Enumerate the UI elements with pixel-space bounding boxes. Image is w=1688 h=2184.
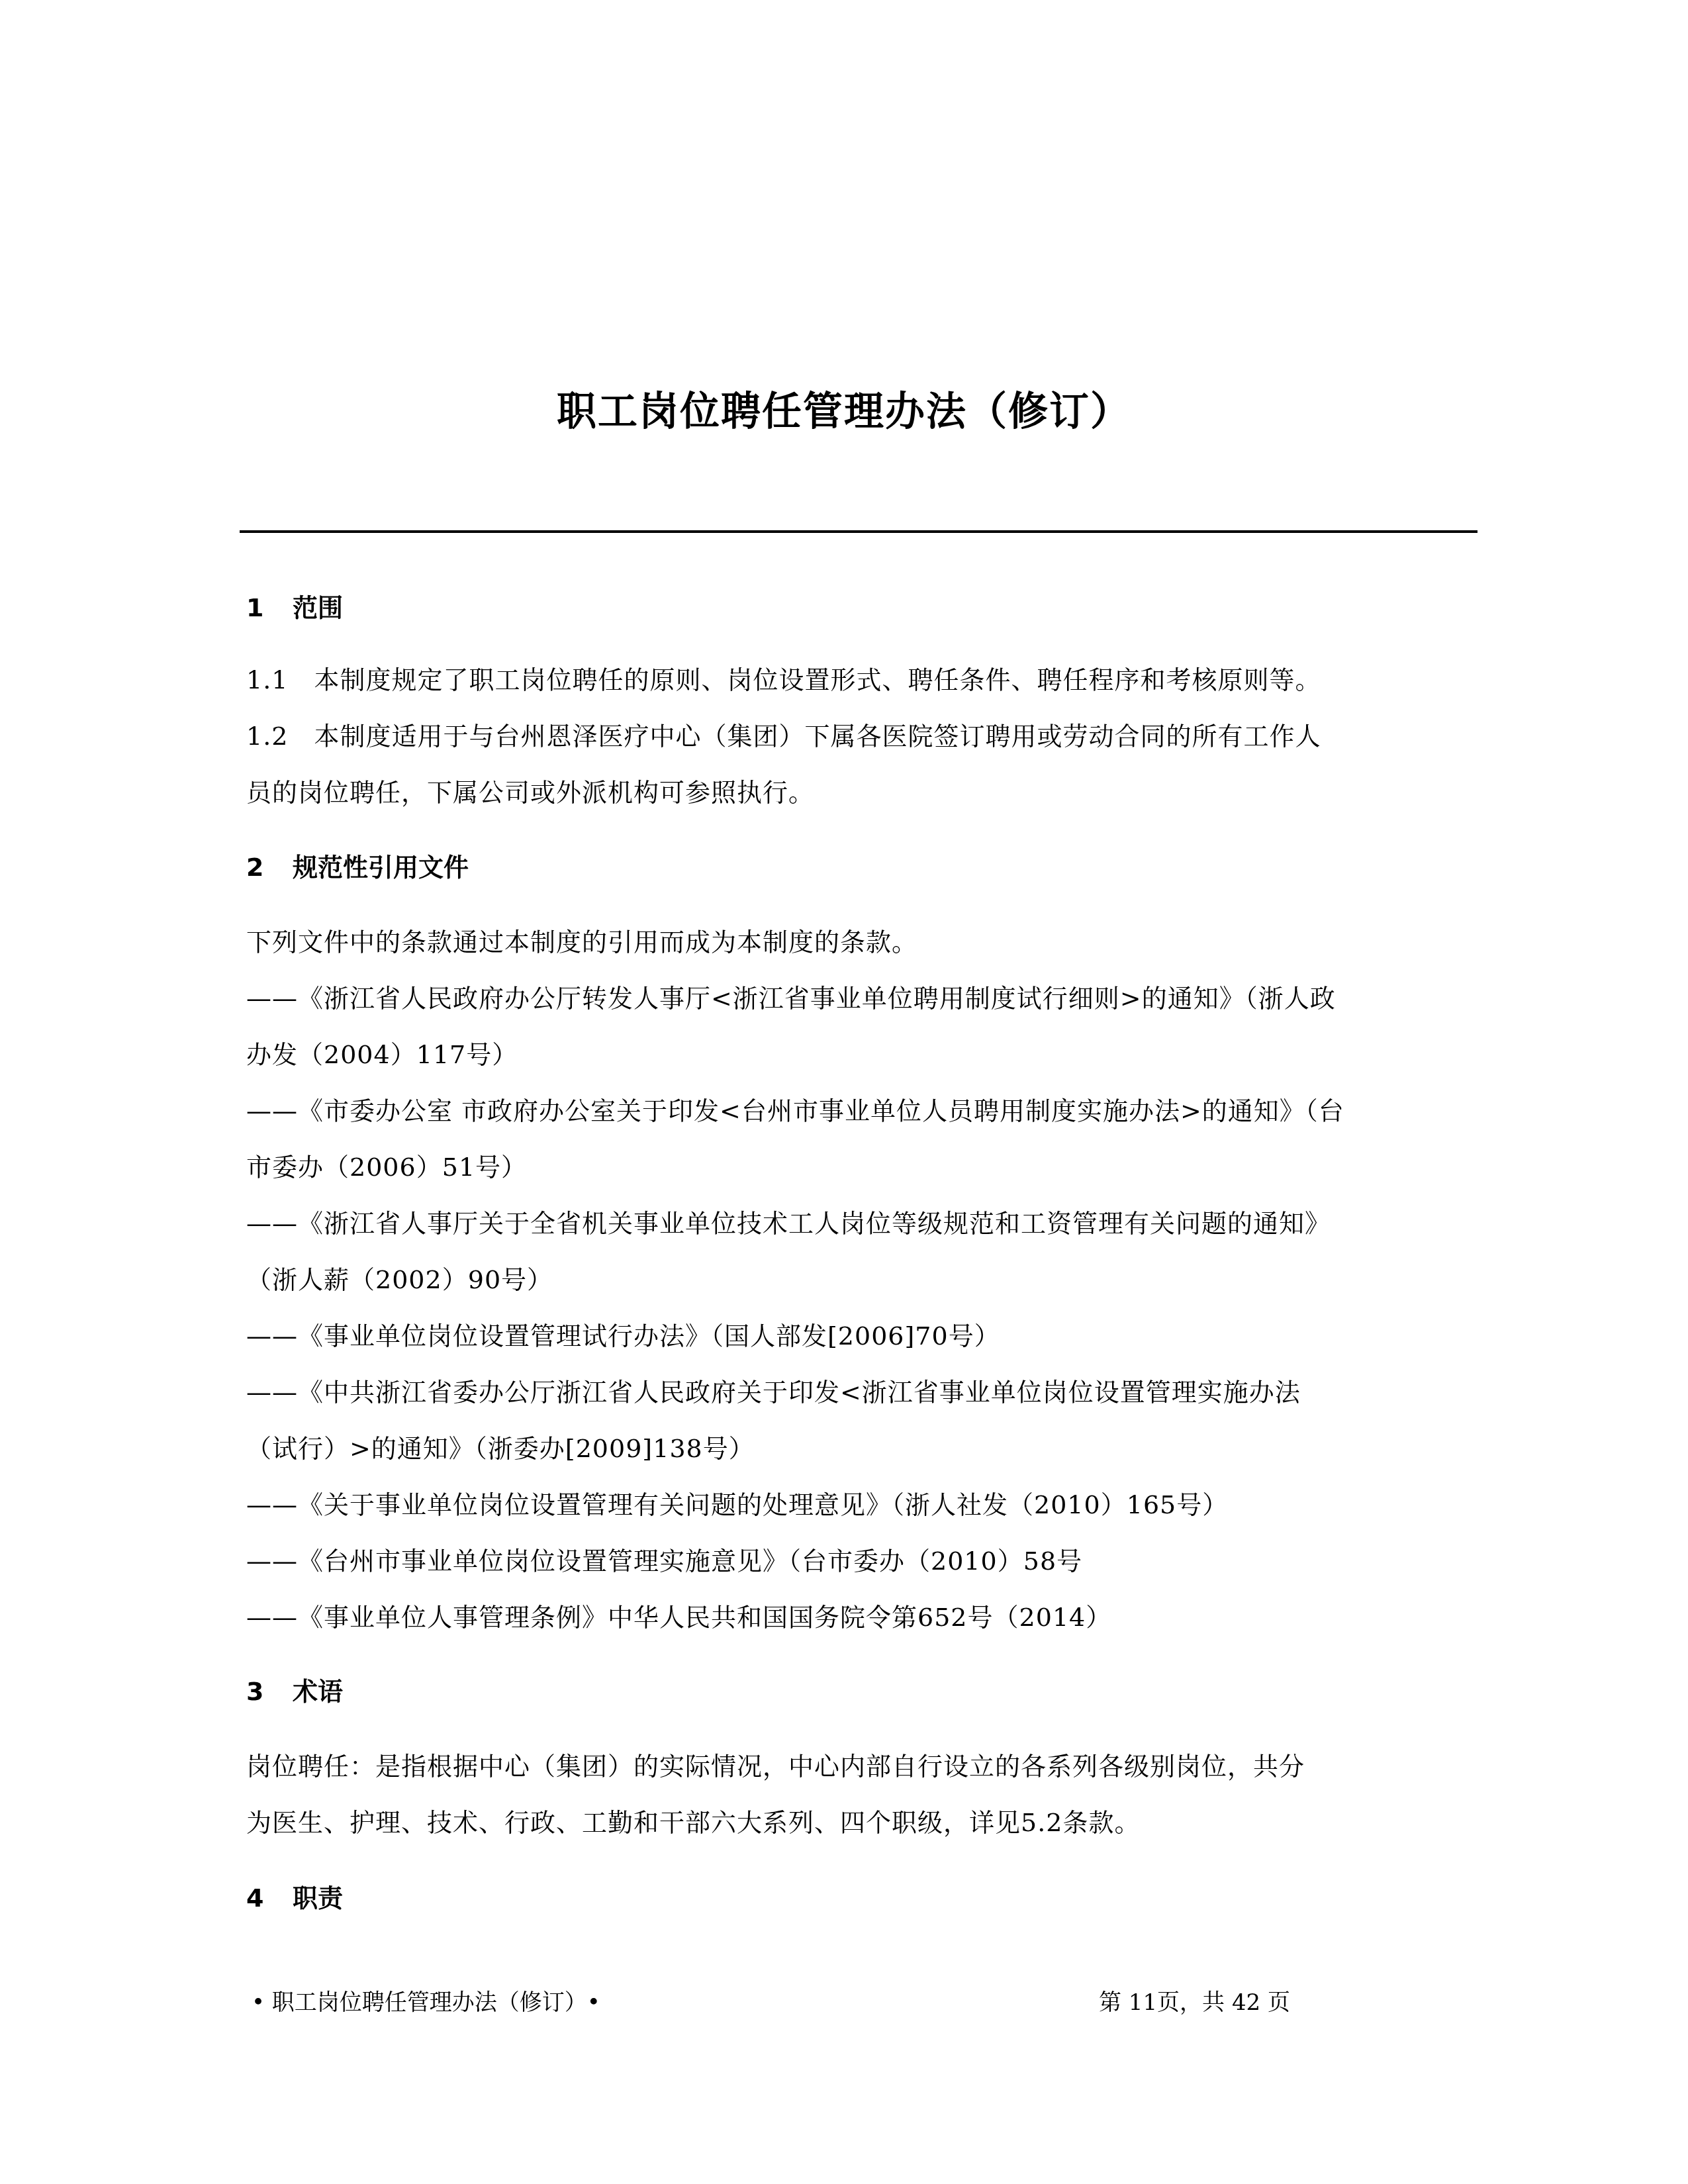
title-divider [240, 530, 1477, 533]
paragraph-line: 为医生、护理、技术、行政、工勤和干部六大系列、四个职级，详见5.2条款。 [246, 1806, 1438, 1839]
section-heading-2: 2规范性引用文件 [246, 851, 469, 884]
section-heading-3: 3术语 [246, 1675, 343, 1708]
paragraph-line: 1.2 本制度适用于与台州恩泽医疗中心（集团）下属各医院签订聘用或劳动合同的所有… [246, 720, 1438, 753]
section-title: 职责 [293, 1883, 343, 1913]
reference-item-cont: 办发（2004）117号） [246, 1038, 1438, 1071]
footer-document-title: • 职工岗位聘任管理办法（修订）• [252, 1988, 600, 2017]
reference-item: ——《事业单位岗位设置管理试行办法》（国人部发[2006]70号） [246, 1319, 1438, 1353]
footer-page-number: 第 11页，共 42 页 [1099, 1988, 1290, 2017]
section-heading-4: 4职责 [246, 1881, 343, 1915]
reference-item: ——《市委办公室 市政府办公室关于印发<台州市事业单位人员聘用制度实施办法>的通… [246, 1094, 1438, 1127]
reference-item: ——《浙江省人民政府办公厅转发人事厅<浙江省事业单位聘用制度试行细则>的通知》（… [246, 982, 1438, 1015]
reference-item-cont: （浙人薪（2002）90号） [246, 1263, 1438, 1296]
document-title: 职工岗位聘任管理办法（修订） [0, 385, 1688, 438]
section-title: 范围 [293, 593, 343, 622]
reference-item: ——《关于事业单位岗位设置管理有关问题的处理意见》（浙人社发（2010）165号… [246, 1488, 1438, 1521]
section-number: 1 [246, 591, 293, 624]
paragraph-line: 员的岗位聘任，下属公司或外派机构可参照执行。 [246, 776, 1438, 809]
reference-item: ——《事业单位人事管理条例》中华人民共和国国务院令第652号（2014） [246, 1601, 1438, 1634]
reference-item-cont: （试行）>的通知》（浙委办[2009]138号） [246, 1432, 1438, 1465]
section-number: 2 [246, 851, 293, 884]
section-title: 术语 [293, 1677, 343, 1706]
reference-item: ——《台州市事业单位岗位设置管理实施意见》（台市委办（2010）58号 [246, 1544, 1438, 1578]
section-number: 4 [246, 1881, 293, 1915]
reference-item-cont: 市委办（2006）51号） [246, 1151, 1438, 1184]
section-title: 规范性引用文件 [293, 853, 469, 882]
section-number: 3 [246, 1675, 293, 1708]
paragraph-line: 1.1 本制度规定了职工岗位聘任的原则、岗位设置形式、聘任条件、聘任程序和考核原… [246, 663, 1438, 696]
reference-item: ——《中共浙江省委办公厅浙江省人民政府关于印发<浙江省事业单位岗位设置管理实施办… [246, 1376, 1438, 1409]
paragraph-line: 下列文件中的条款通过本制度的引用而成为本制度的条款。 [246, 926, 1438, 959]
reference-item: ——《浙江省人事厅关于全省机关事业单位技术工人岗位等级规范和工资管理有关问题的通… [246, 1207, 1438, 1240]
paragraph-line: 岗位聘任：是指根据中心（集团）的实际情况，中心内部自行设立的各系列各级别岗位，共… [246, 1750, 1438, 1783]
section-heading-1: 1范围 [246, 591, 343, 624]
document-page: 职工岗位聘任管理办法（修订） 1范围 1.1 本制度规定了职工岗位聘任的原则、岗… [0, 0, 1688, 2184]
